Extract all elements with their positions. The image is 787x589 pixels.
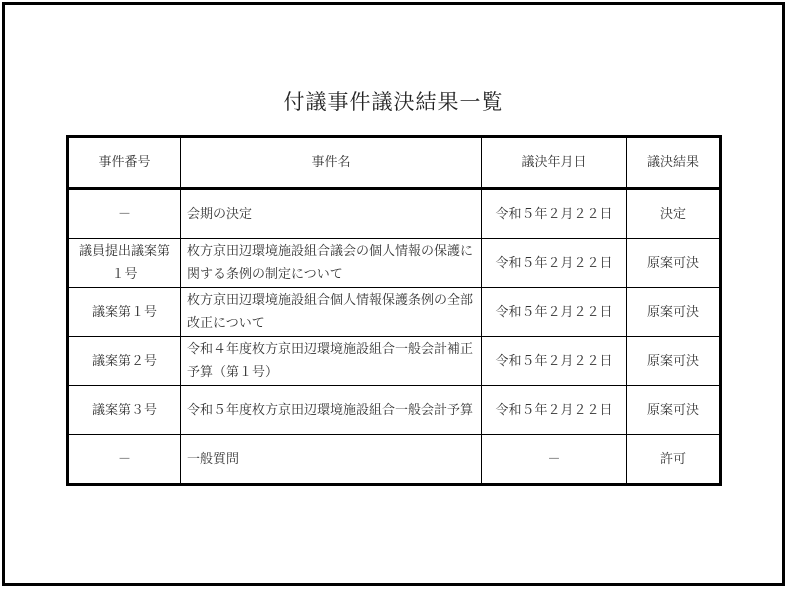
case-number: 議案第３号: [68, 386, 181, 435]
decision-date: 令和５年２月２２日: [482, 386, 627, 435]
decision-result: 原案可決: [627, 288, 721, 337]
case-number: －: [68, 435, 181, 485]
header-decision-date: 議決年月日: [482, 137, 627, 189]
decision-result: 許可: [627, 435, 721, 485]
decision-result: 原案可決: [627, 239, 721, 288]
header-case-number: 事件番号: [68, 137, 181, 189]
header-row: 事件番号 事件名 議決年月日 議決結果: [68, 137, 721, 189]
table-row: － 会期の決定 令和５年２月２２日 決定: [68, 189, 721, 239]
table-row: 議員提出議案第１号 枚方京田辺環境施設組合議会の個人情報の保護に関する条例の制定…: [68, 239, 721, 288]
decision-date: 令和５年２月２２日: [482, 189, 627, 239]
document-title: 付議事件議決結果一覧: [0, 86, 787, 116]
case-number: 議案第２号: [68, 337, 181, 386]
case-number: 議案第１号: [68, 288, 181, 337]
decision-date: 令和５年２月２２日: [482, 337, 627, 386]
case-name: 枚方京田辺環境施設組合個人情報保護条例の全部改正について: [181, 288, 482, 337]
decision-result: 決定: [627, 189, 721, 239]
case-name: 会期の決定: [181, 189, 482, 239]
case-name: 令和４年度枚方京田辺環境施設組合一般会計補正予算（第１号）: [181, 337, 482, 386]
table-row: 議案第３号 令和５年度枚方京田辺環境施設組合一般会計予算 令和５年２月２２日 原…: [68, 386, 721, 435]
case-name: 一般質問: [181, 435, 482, 485]
decision-result: 原案可決: [627, 337, 721, 386]
decision-date: 令和５年２月２２日: [482, 239, 627, 288]
header-case-name: 事件名: [181, 137, 482, 189]
case-name: 枚方京田辺環境施設組合議会の個人情報の保護に関する条例の制定について: [181, 239, 482, 288]
table-row: － 一般質問 － 許可: [68, 435, 721, 485]
results-table: 事件番号 事件名 議決年月日 議決結果 － 会期の決定 令和５年２月２２日 決定…: [66, 135, 722, 486]
table-row: 議案第１号 枚方京田辺環境施設組合個人情報保護条例の全部改正について 令和５年２…: [68, 288, 721, 337]
decision-date: 令和５年２月２２日: [482, 288, 627, 337]
case-name: 令和５年度枚方京田辺環境施設組合一般会計予算: [181, 386, 482, 435]
header-decision-result: 議決結果: [627, 137, 721, 189]
decision-result: 原案可決: [627, 386, 721, 435]
case-number: －: [68, 189, 181, 239]
decision-date: －: [482, 435, 627, 485]
table-row: 議案第２号 令和４年度枚方京田辺環境施設組合一般会計補正予算（第１号） 令和５年…: [68, 337, 721, 386]
case-number: 議員提出議案第１号: [68, 239, 181, 288]
